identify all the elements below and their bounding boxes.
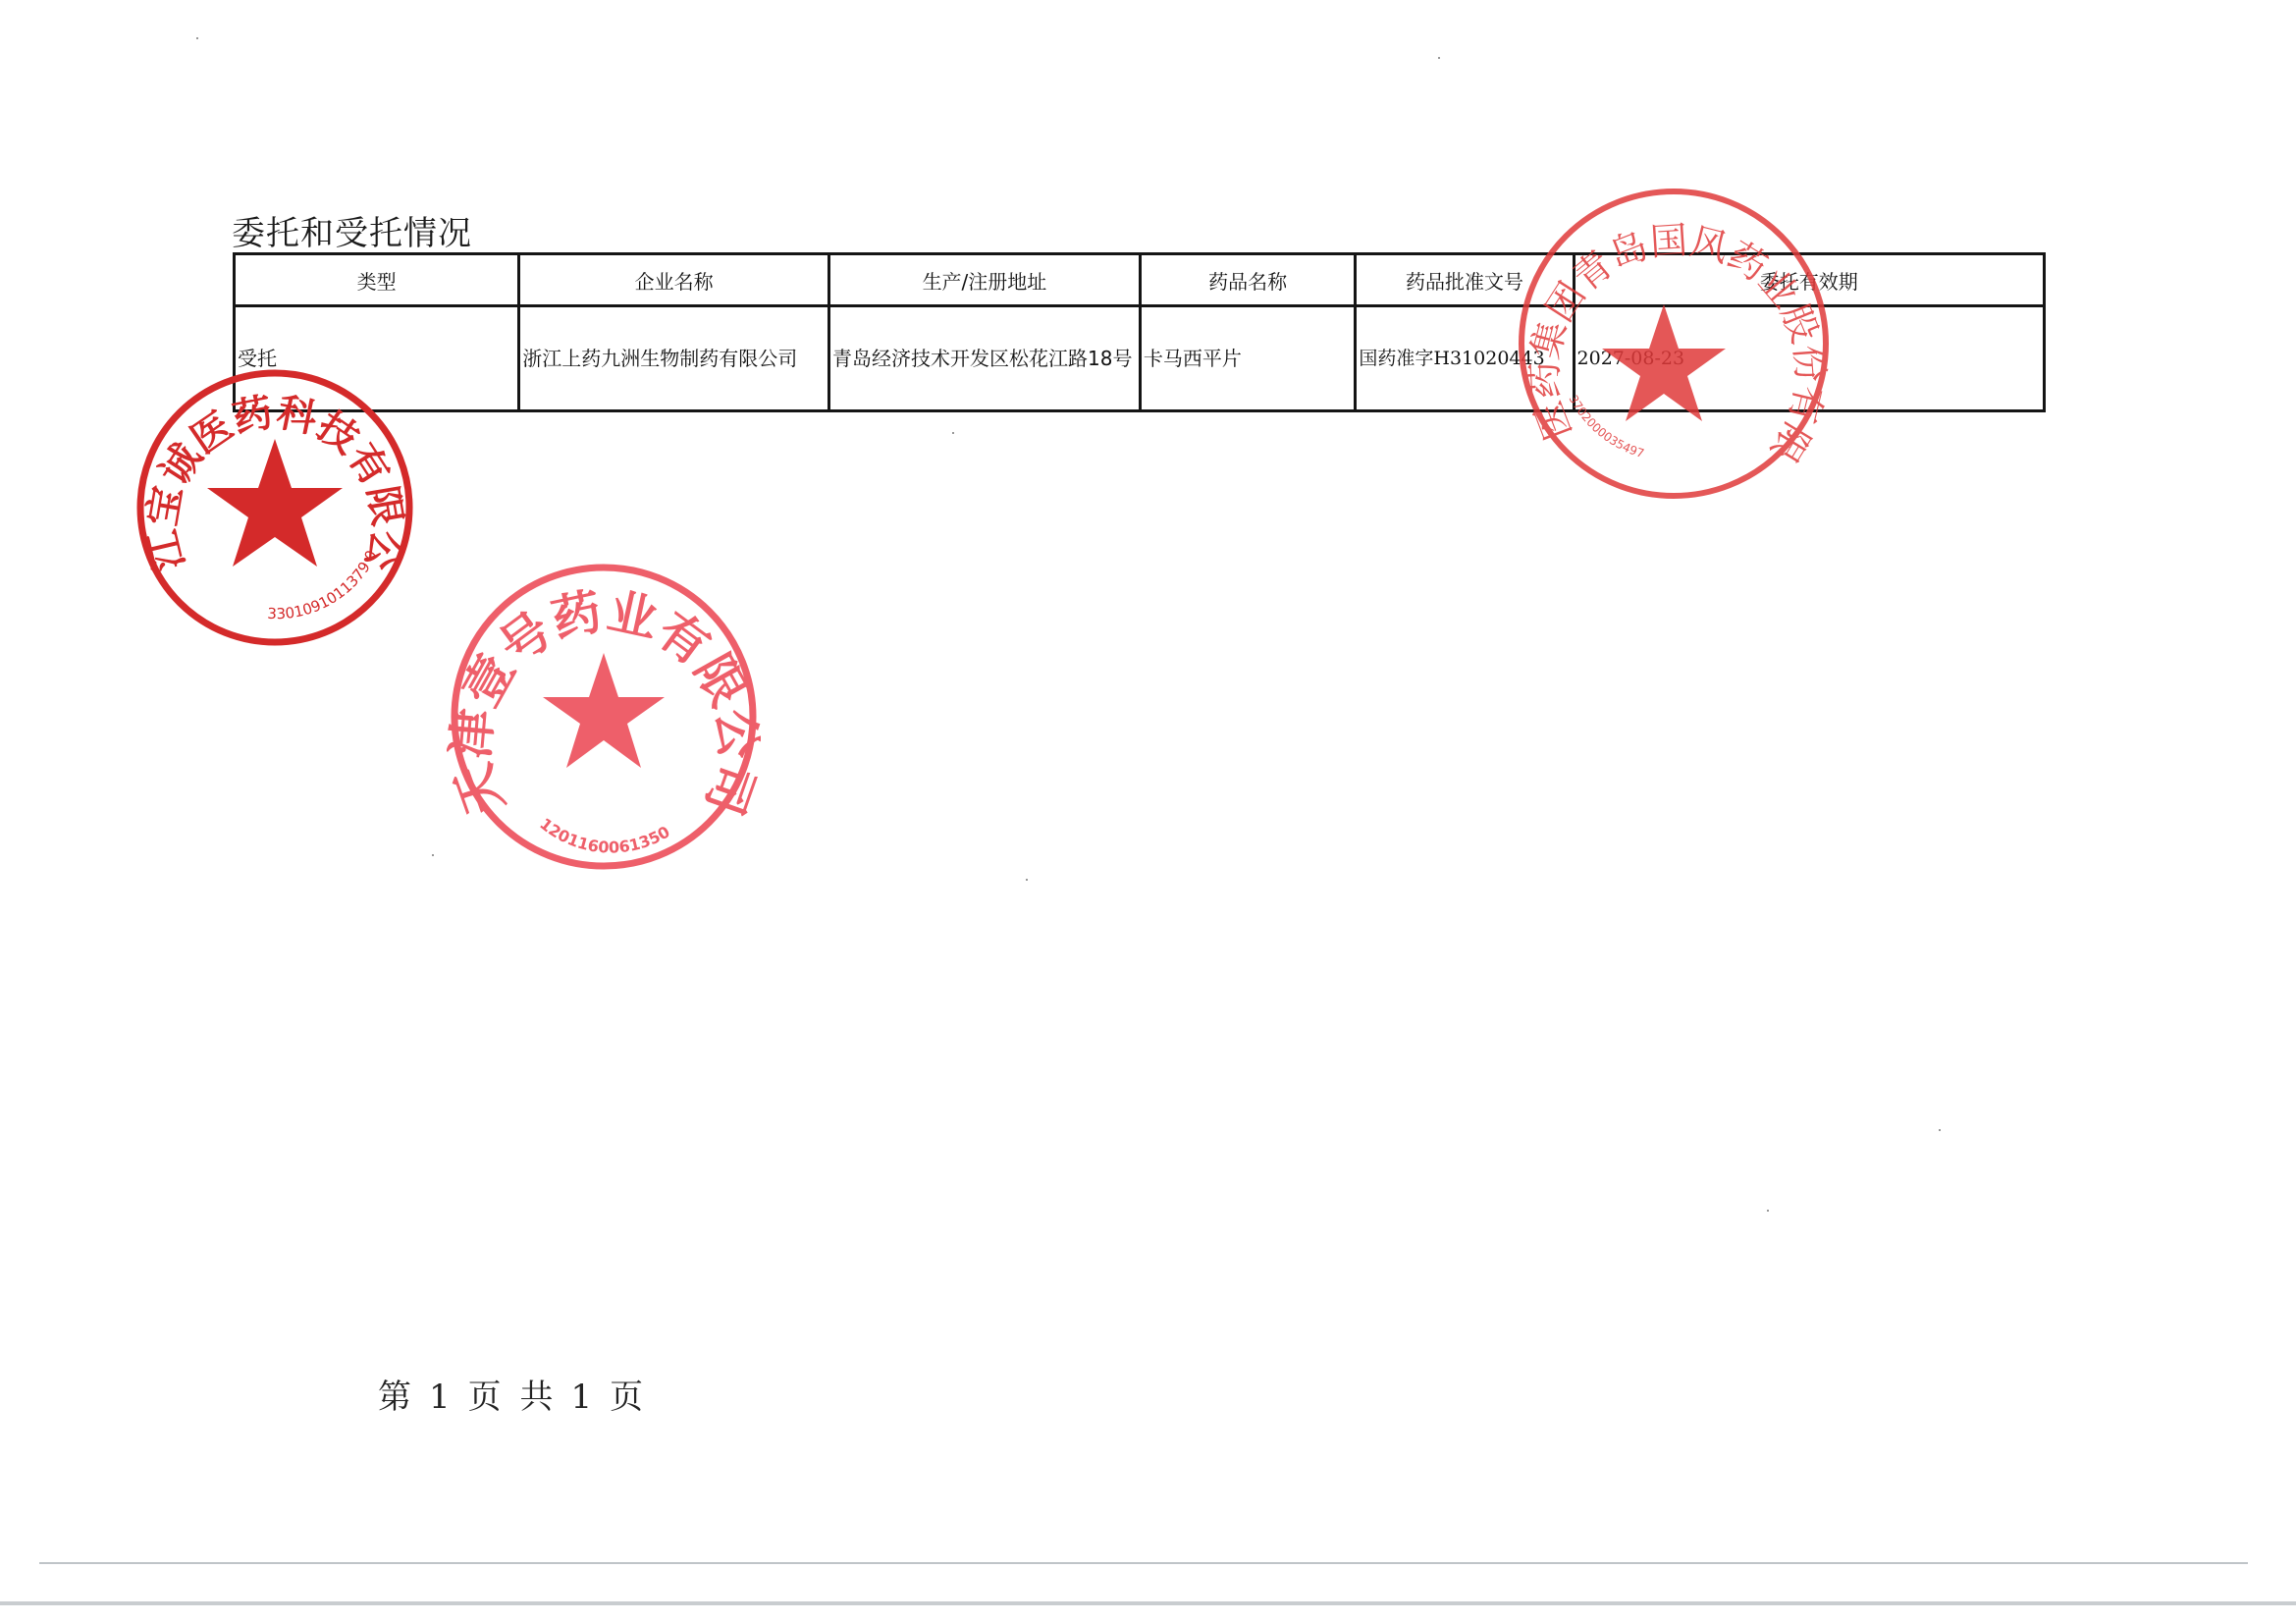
cell-type: 受托	[235, 306, 519, 411]
cell-validity: 2027-08-23	[1574, 306, 2044, 411]
header-address: 生产/注册地址	[829, 254, 1141, 306]
scan-speck	[196, 37, 198, 39]
cell-company: 浙江上药九洲生物制药有限公司	[519, 306, 829, 411]
scan-speck	[1767, 1210, 1769, 1212]
header-validity: 委托有效期	[1574, 254, 2044, 306]
header-type: 类型	[235, 254, 519, 306]
header-company: 企业名称	[519, 254, 829, 306]
svg-text:天津壹号药业有限公司: 天津壹号药业有限公司	[447, 582, 761, 822]
company-seal-icon: 天津壹号药业有限公司 1201160061350	[447, 560, 761, 874]
cell-approval-no: 国药准字H31020443	[1356, 306, 1574, 411]
stamp-tianjin: 天津壹号药业有限公司 1201160061350	[447, 560, 761, 874]
scan-speck	[432, 854, 434, 856]
entrustment-table: 类型 企业名称 生产/注册地址 药品名称 药品批准文号 委托有效期 受托 浙江上…	[233, 252, 2046, 412]
svg-text:1201160061350: 1201160061350	[536, 814, 672, 856]
scan-speck	[1438, 57, 1440, 59]
page-total: 1	[570, 1378, 596, 1417]
page-label-suffix: 页	[610, 1378, 647, 1417]
header-approval-no: 药品批准文号	[1356, 254, 1574, 306]
scan-speck	[952, 432, 954, 434]
scan-speck	[1026, 879, 1028, 881]
cell-address: 青岛经济技术开发区松花江路18号	[829, 306, 1141, 411]
page-label-mid: 页 共	[468, 1378, 558, 1417]
header-drug-name: 药品名称	[1140, 254, 1356, 306]
table-row: 受托 浙江上药九洲生物制药有限公司 青岛经济技术开发区松花江路18号 卡马西平片…	[235, 306, 2045, 411]
page-indicator: 第1页 共1页	[378, 1370, 661, 1418]
scan-speck	[1939, 1129, 1941, 1131]
scan-bottom-edge	[0, 1601, 2296, 1605]
page-current: 1	[429, 1378, 454, 1417]
cell-drug-name: 卡马西平片	[1140, 306, 1356, 411]
section-title: 委托和受托情况	[232, 206, 472, 254]
scan-edge-line	[39, 1562, 2248, 1564]
table-header-row: 类型 企业名称 生产/注册地址 药品名称 药品批准文号 委托有效期	[235, 254, 2045, 306]
svg-text:3301091011379 0: 3301091011379 0	[267, 548, 381, 623]
page-label-prefix: 第	[378, 1378, 415, 1417]
